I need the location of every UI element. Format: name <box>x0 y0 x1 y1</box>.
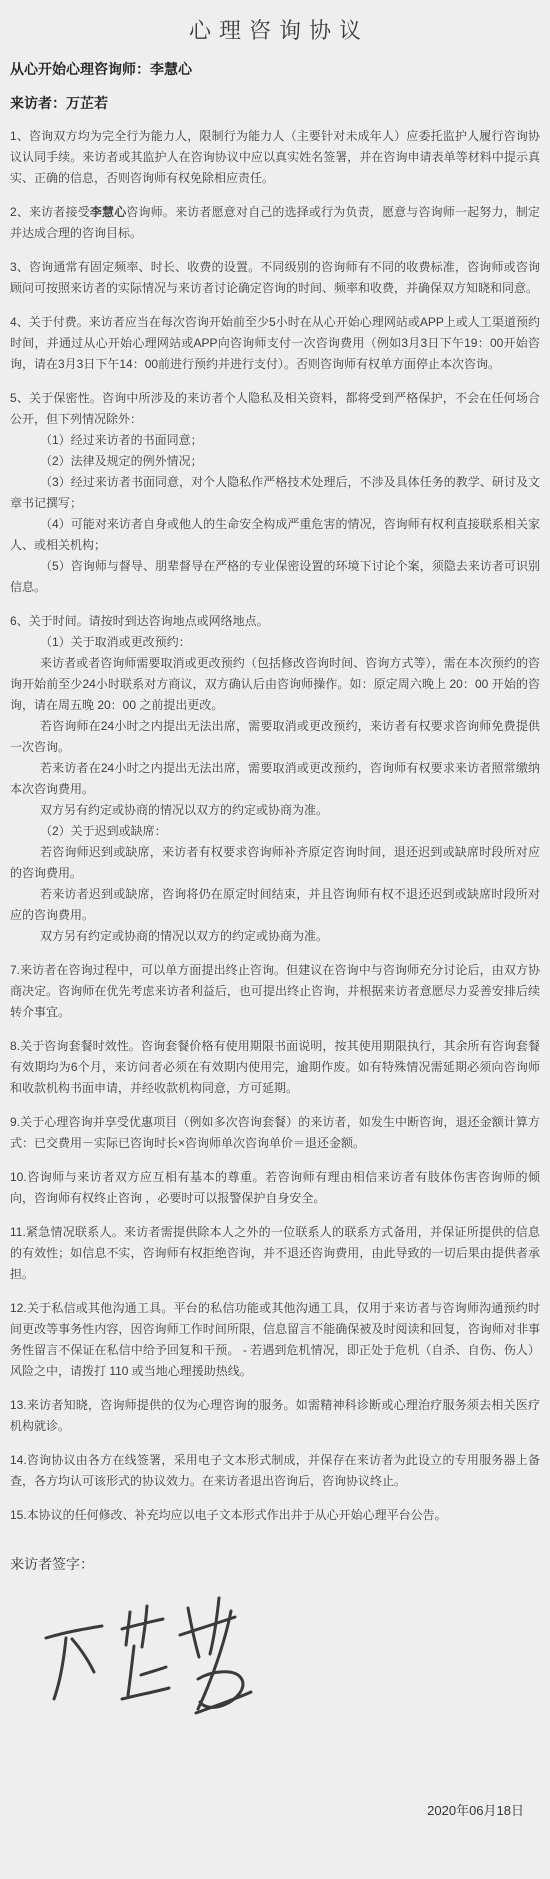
agreement-paragraph: 若咨询师在24小时之内提出无法出席，需要取消或更改预约，来访者有权要求咨询师免费… <box>10 716 540 758</box>
agreement-paragraph: 5、关于保密性。咨询中所涉及的来访者个人隐私及相关资料，都将受到严格保护，不会在… <box>10 388 540 430</box>
agreement-paragraph: 来访者或者咨询师需要取消或更改预约（包括修改咨询时间、咨询方式等），需在本次预约… <box>10 653 540 716</box>
agreement-paragraph: （4）可能对来访者自身或他人的生命安全构成严重危害的情况，咨询师有权利直接联系相… <box>10 514 540 556</box>
counselor-line: 从心开始心理咨询师：李慧心 <box>10 59 540 79</box>
agreement-paragraph: 若来访者迟到或缺席，咨询将仍在原定时间结束，并且咨询师有权不退还迟到或缺席时段所… <box>10 884 540 926</box>
agreement-paragraph: 2、来访者接受李慧心咨询师。来访者愿意对自己的选择或行为负责，愿意与咨询师一起努… <box>10 202 540 244</box>
agreement-paragraph: 9.关于心理咨询并享受优惠项目（例如多次咨询套餐）的来访者，如发生中断咨询，退还… <box>10 1112 540 1154</box>
agreement-paragraph: 4、关于付费。来访者应当在每次咨询开始前至少5小时在从心开始心理网站或APP上或… <box>10 312 540 375</box>
agreement-paragraph: 3、咨询通常有固定频率、时长、收费的设置。不同级别的咨询师有不同的收费标准，咨询… <box>10 257 540 299</box>
agreement-paragraph: 12.关于私信或其他沟通工具。平台的私信功能或其他沟通工具，仅用于来访者与咨询师… <box>10 1298 540 1382</box>
agreement-paragraph: 10.咨询师与来访者双方应互相有基本的尊重。若咨询师有理由相信来访者有肢体伤害咨… <box>10 1167 540 1209</box>
agreement-paragraph: 1、咨询双方均为完全行为能力人，限制行为能力人（主要针对未成年人）应委托监护人履… <box>10 126 540 189</box>
agreement-paragraph: 6、关于时间。请按时到达咨询地点或网络地点。 <box>10 611 540 632</box>
agreement-body: 1、咨询双方均为完全行为能力人，限制行为能力人（主要针对未成年人）应委托监护人履… <box>10 126 540 1526</box>
agreement-paragraph: （1）经过来访者的书面同意； <box>10 430 540 451</box>
agreement-paragraph: 7.来访者在咨询过程中，可以单方面提出终止咨询。但建议在咨询中与咨询师充分讨论后… <box>10 960 540 1023</box>
agreement-paragraph: （3）经过来访者书面同意，对个人隐私作严格技术处理后，不涉及具体任务的教学、研讨… <box>10 472 540 514</box>
signature-area <box>10 1574 540 1786</box>
agreement-paragraph: 双方另有约定或协商的情况以双方的约定或协商为准。 <box>10 800 540 821</box>
client-line: 来访者：万芷若 <box>10 93 540 113</box>
counseling-agreement-document: 心理咨询协议 从心开始心理咨询师：李慧心 来访者：万芷若 1、咨询双方均为完全行… <box>0 0 550 1879</box>
agreement-paragraph: （2）关于迟到或缺席： <box>10 821 540 842</box>
agreement-paragraph: （5）咨询师与督导、朋辈督导在严格的专业保密设置的环境下讨论个案，须隐去来访者可… <box>10 556 540 598</box>
agreement-paragraph: 双方另有约定或协商的情况以双方的约定或协商为准。 <box>10 926 540 947</box>
agreement-paragraph: 15.本协议的任何修改、补充均应以电子文本形式作出并于从心开始心理平台公告。 <box>10 1505 540 1526</box>
signature-label: 来访者签字： <box>10 1554 540 1574</box>
agreement-paragraph: 8.关于咨询套餐时效性。咨询套餐价格有使用期限书面说明，按其使用期限执行，其余所… <box>10 1036 540 1099</box>
agreement-paragraph: （2）法律及规定的例外情况； <box>10 451 540 472</box>
agreement-paragraph: 14.咨询协议由各方在线签署，采用电子文本形式制成，并保存在来访者为此设立的专用… <box>10 1450 540 1492</box>
agreement-paragraph: 11.紧急情况联系人。来访者需提供除本人之外的一位联系人的联系方式备用，并保证所… <box>10 1222 540 1285</box>
document-date: 2020年06月18日 <box>10 1800 540 1819</box>
agreement-paragraph: （1）关于取消或更改预约： <box>10 632 540 653</box>
page-title: 心理咨询协议 <box>10 14 540 45</box>
agreement-paragraph: 若咨询师迟到或缺席，来访者有权要求咨询师补齐原定咨询时间，退还迟到或缺席时段所对… <box>10 842 540 884</box>
handwritten-signature <box>38 1586 278 1746</box>
agreement-paragraph: 若来访者在24小时之内提出无法出席，需要取消或更改预约，咨询师有权要求来访者照常… <box>10 758 540 800</box>
agreement-paragraph: 13.来访者知晓，咨询师提供的仅为心理咨询的服务。如需精神科诊断或心理治疗服务须… <box>10 1395 540 1437</box>
